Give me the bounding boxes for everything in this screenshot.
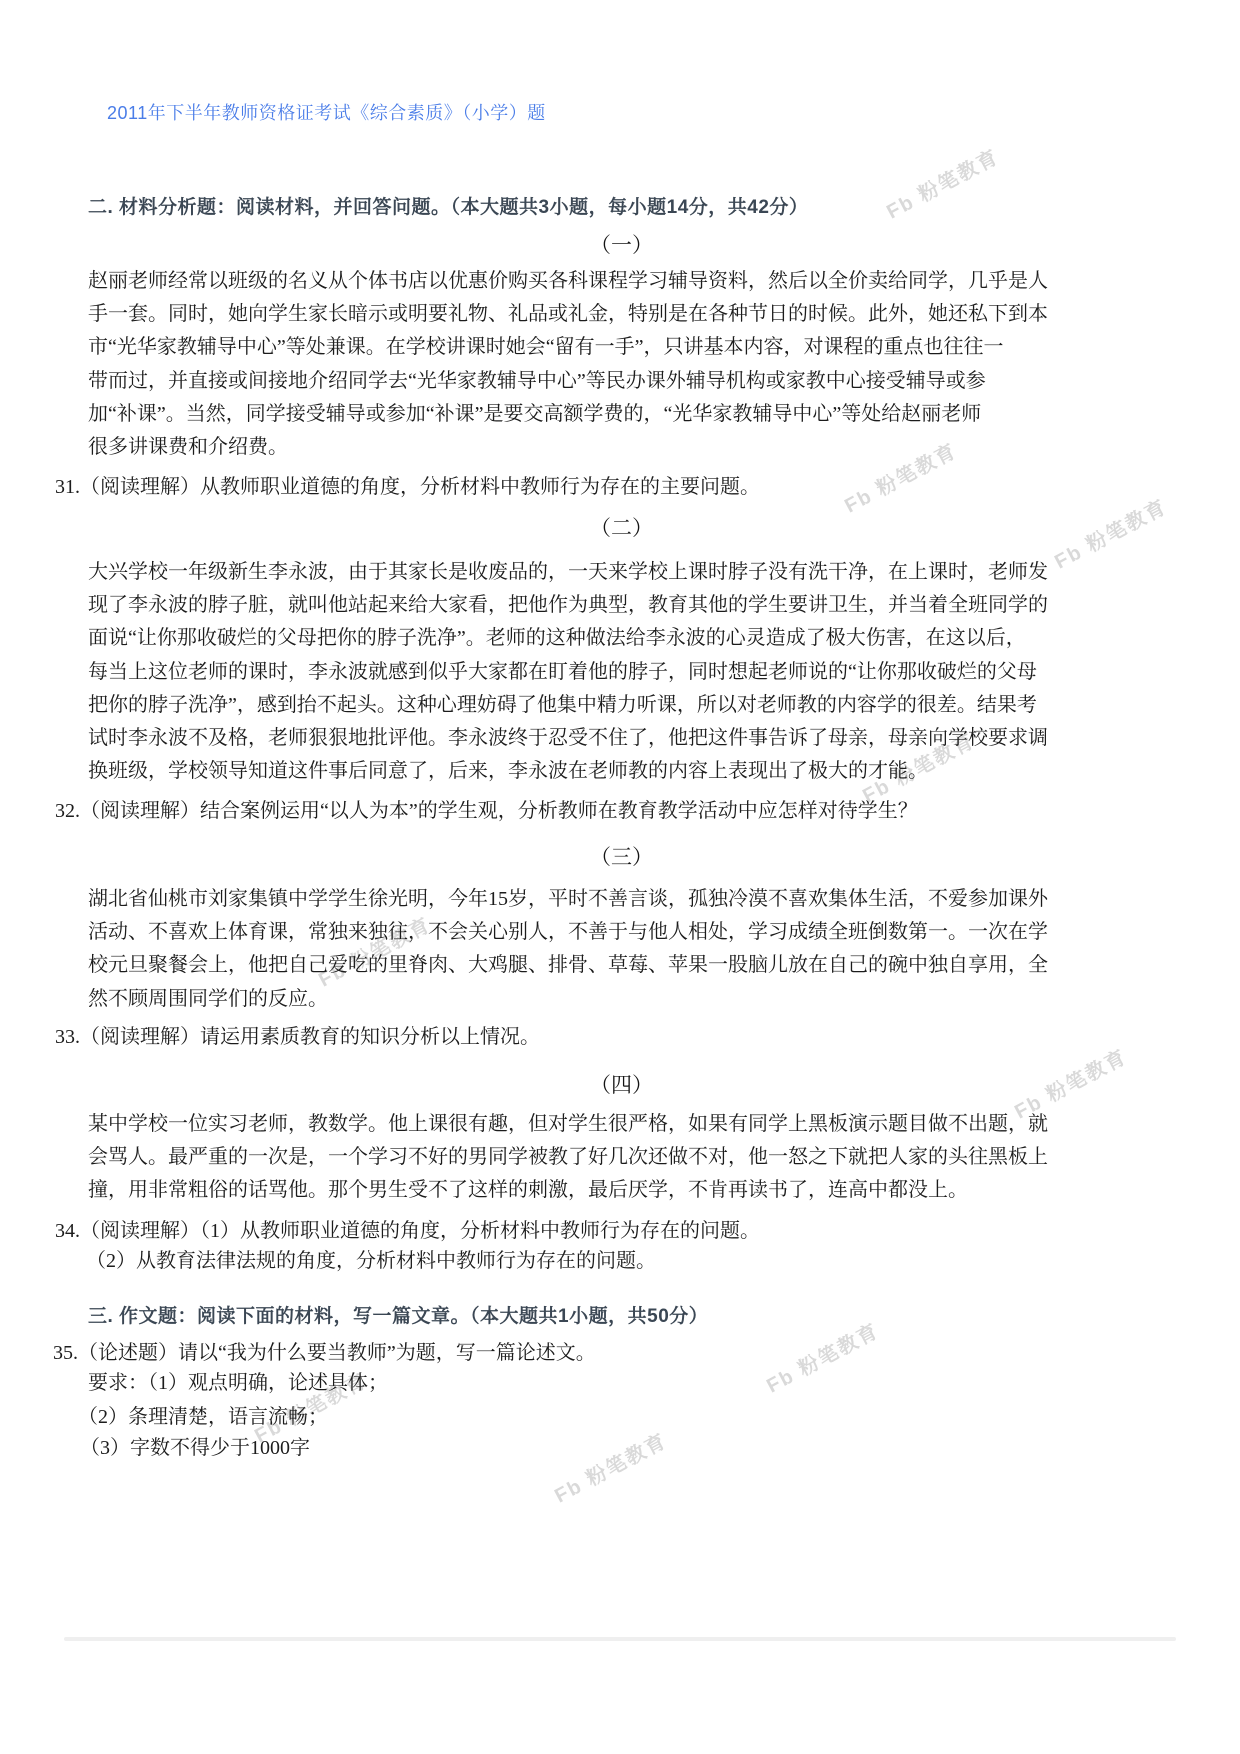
watermark: Fb 粉笔教育 (760, 1315, 883, 1399)
question-31: 31.（阅读理解）从教师职业道德的角度，分析材料中教师行为存在的主要问题。 (55, 471, 760, 504)
question-35-requirement-2: （2）条理清楚，语言流畅； (78, 1401, 328, 1434)
material-1-label: （一） (88, 231, 1155, 259)
material-2-label: （二） (88, 514, 1155, 542)
watermark: Fb 粉笔教育 (548, 1425, 671, 1509)
question-32: 32.（阅读理解）结合案例运用“以人为本”的学生观，分析教师在教育教学活动中应怎… (55, 795, 918, 828)
material-4-label: （四） (88, 1071, 1155, 1099)
watermark: Fb 粉笔教育 (880, 141, 1003, 225)
material-2-text: 大兴学校一年级新生李永波，由于其家长是收废品的，一天来学校上课时脖子没有洗干净，… (88, 556, 1168, 788)
exam-document-page: Fb 粉笔教育 Fb 粉笔教育 Fb 粉笔教育 Fb 粉笔教育 Fb 粉笔教育 … (0, 0, 1240, 1754)
page-title: 2011年下半年教师资格证考试《综合素质》（小学）题 (107, 99, 546, 125)
question-34-part1: 34.（阅读理解）（1）从教师职业道德的角度，分析材料中教师行为存在的问题。 (55, 1215, 760, 1248)
material-1-text: 赵丽老师经常以班级的名义从个体书店以优惠价购买各科课程学习辅导资料，然后以全价卖… (88, 265, 1168, 464)
material-3-label: （三） (88, 843, 1155, 871)
material-section-heading: 二. 材料分析题：阅读材料，并回答问题。（本大题共3小题，每小题14分，共42分… (88, 192, 808, 219)
essay-section-heading: 三. 作文题：阅读下面的材料，写一篇文章。（本大题共1小题，共50分） (88, 1301, 708, 1328)
footer-divider (64, 1637, 1176, 1641)
question-33: 33.（阅读理解）请运用素质教育的知识分析以上情况。 (55, 1021, 540, 1054)
question-35-requirement-3: （3）字数不得少于1000字 (80, 1432, 310, 1465)
question-34-part2: （2）从教育法律法规的角度，分析材料中教师行为存在的问题。 (86, 1245, 656, 1278)
question-35: 35.（论述题）请以“我为什么要当教师”为题，写一篇论述文。 (53, 1337, 596, 1370)
question-35-requirement-1: 要求：（1）观点明确，论述具体； (88, 1367, 388, 1400)
material-3-text: 湖北省仙桃市刘家集镇中学学生徐光明，今年15岁，平时不善言谈，孤独冷漠不喜欢集体… (88, 883, 1168, 1016)
material-4-text: 某中学校一位实习老师，教数学。他上课很有趣，但对学生很严格，如果有同学上黑板演示… (88, 1108, 1168, 1208)
